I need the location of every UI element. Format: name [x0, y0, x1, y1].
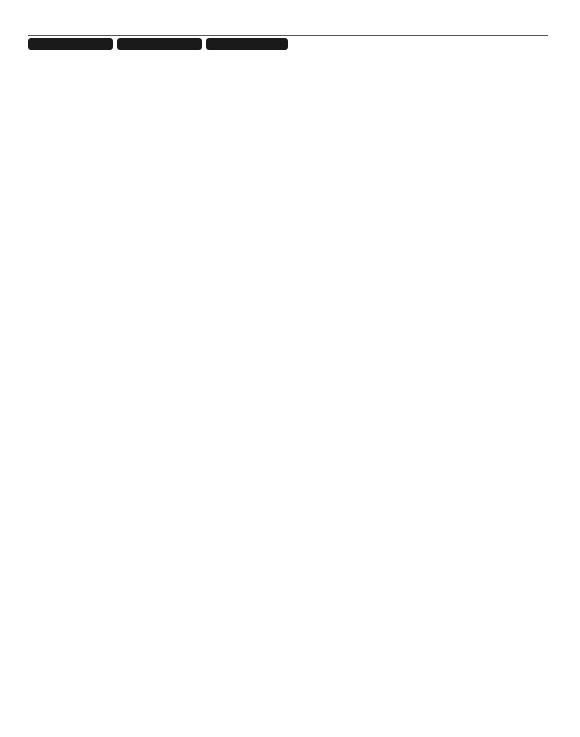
section-tab-in-memoriam	[117, 38, 202, 50]
column-in-memoriam-1	[28, 38, 113, 53]
column-in-memoriam-2	[117, 38, 202, 53]
column-in-memoriam-3	[206, 38, 288, 53]
header-rule	[28, 35, 548, 36]
section-tab-in-memoriam	[28, 38, 113, 50]
section-tab-in-memoriam	[206, 38, 288, 50]
